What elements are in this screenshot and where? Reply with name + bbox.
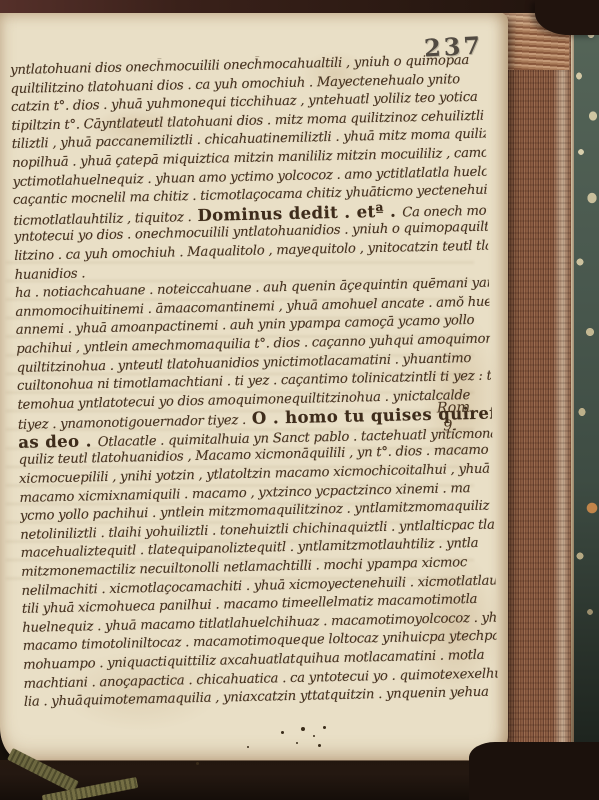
ink-speck — [281, 731, 284, 734]
margin-citation-book: Rom. — [437, 399, 475, 418]
ink-speck — [196, 762, 199, 765]
ink-speck — [313, 735, 315, 737]
leather-cover-top — [0, 0, 599, 13]
manuscript-text-block: yntlatohuani dios onech̄mocuilili onech̄… — [10, 52, 498, 713]
margin-citation-chapter: 9. — [437, 417, 475, 436]
ink-speck — [323, 726, 326, 729]
manuscript-photo: 237 yntlatohuani dios onech̄mocuilili on… — [0, 0, 599, 800]
ink-speck — [318, 744, 321, 747]
ink-speck — [301, 727, 305, 731]
margin-citation: Rom. 9. — [437, 399, 476, 436]
ink-speck — [296, 742, 298, 744]
marbled-cover-edge — [572, 0, 599, 800]
latin-quote-as-deo: as deo . — [18, 431, 92, 452]
ink-speck — [247, 746, 249, 748]
leather-cover-bottom-corner — [469, 742, 599, 800]
